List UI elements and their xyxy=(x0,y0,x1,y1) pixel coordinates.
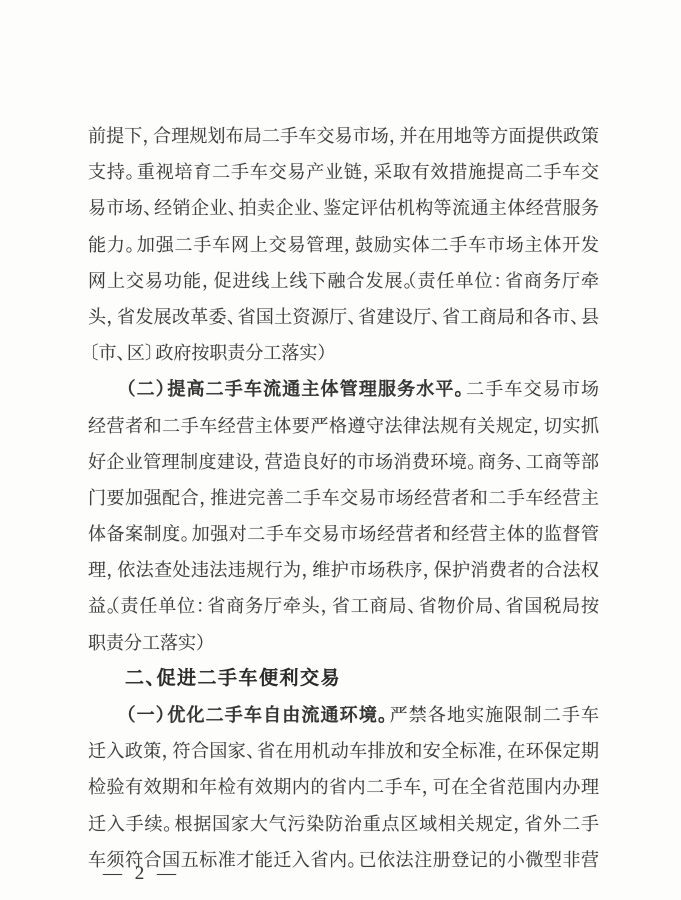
text-line: 迁入政策，符合国家、省在用机动车排放和安全标准，在环保定期 xyxy=(88,733,599,769)
section-heading: 二、促进二手车便利交易 xyxy=(88,661,599,697)
text-line: （二）提高二手车流通主体管理服务水平。二手车交易市场 xyxy=(88,371,599,407)
text-line: 〔市、区〕政府按职责分工落实） xyxy=(88,335,599,371)
text-line: 经营者和二手车经营主体要严格遵守法律法规有关规定，切实抓 xyxy=(88,408,599,444)
text-line: 门要加强配合，推进完善二手车交易市场经营者和二手车经营主 xyxy=(88,480,599,516)
text-line: 支持。重视培育二手车交易产业链，采取有效措施提高二手车交 xyxy=(88,154,599,190)
text-line: 网上交易功能，促进线上线下融合发展。（责任单位：省商务厅牵 xyxy=(88,263,599,299)
text-block: 前提下，合理规划布局二手车交易市场，并在用地等方面提供政策支持。重视培育二手车交… xyxy=(88,118,599,878)
paragraph-lead: （一）优化二手车自由流通环境。 xyxy=(125,705,390,725)
paragraph-lead: （二）提高二手车流通主体管理服务水平。 xyxy=(125,379,466,399)
text-line: 迁入手续。根据国家大气污染防治重点区域相关规定，省外二手 xyxy=(88,806,599,842)
text-line: 益。（责任单位：省商务厅牵头，省工商局、省物价局、省国税局按 xyxy=(88,588,599,624)
page-number: — 2 — xyxy=(103,862,180,886)
text-line: 职责分工落实） xyxy=(88,625,599,661)
text-line: （一）优化二手车自由流通环境。严禁各地实施限制二手车 xyxy=(88,697,599,733)
text-line: 好企业管理制度建设，营造良好的市场消费环境。商务、工商等部 xyxy=(88,444,599,480)
text-line: 易市场、经销企业、拍卖企业、鉴定评估机构等流通主体经营服务 xyxy=(88,190,599,226)
text-line: 理，依法查处违法违规行为，维护市场秩序，保护消费者的合法权 xyxy=(88,552,599,588)
text-line: 前提下，合理规划布局二手车交易市场，并在用地等方面提供政策 xyxy=(88,118,599,154)
text-line: 体备案制度。加强对二手车交易市场经营者和经营主体的监督管 xyxy=(88,516,599,552)
document-page: 前提下，合理规划布局二手车交易市场，并在用地等方面提供政策支持。重视培育二手车交… xyxy=(0,0,681,900)
text-line: 检验有效期和年检有效期内的省内二手车，可在全省范围内办理 xyxy=(88,769,599,805)
text-line: 能力。加强二手车网上交易管理，鼓励实体二手车市场主体开发 xyxy=(88,227,599,263)
text-line: 头，省发展改革委、省国土资源厅、省建设厅、省工商局和各市、县 xyxy=(88,299,599,335)
